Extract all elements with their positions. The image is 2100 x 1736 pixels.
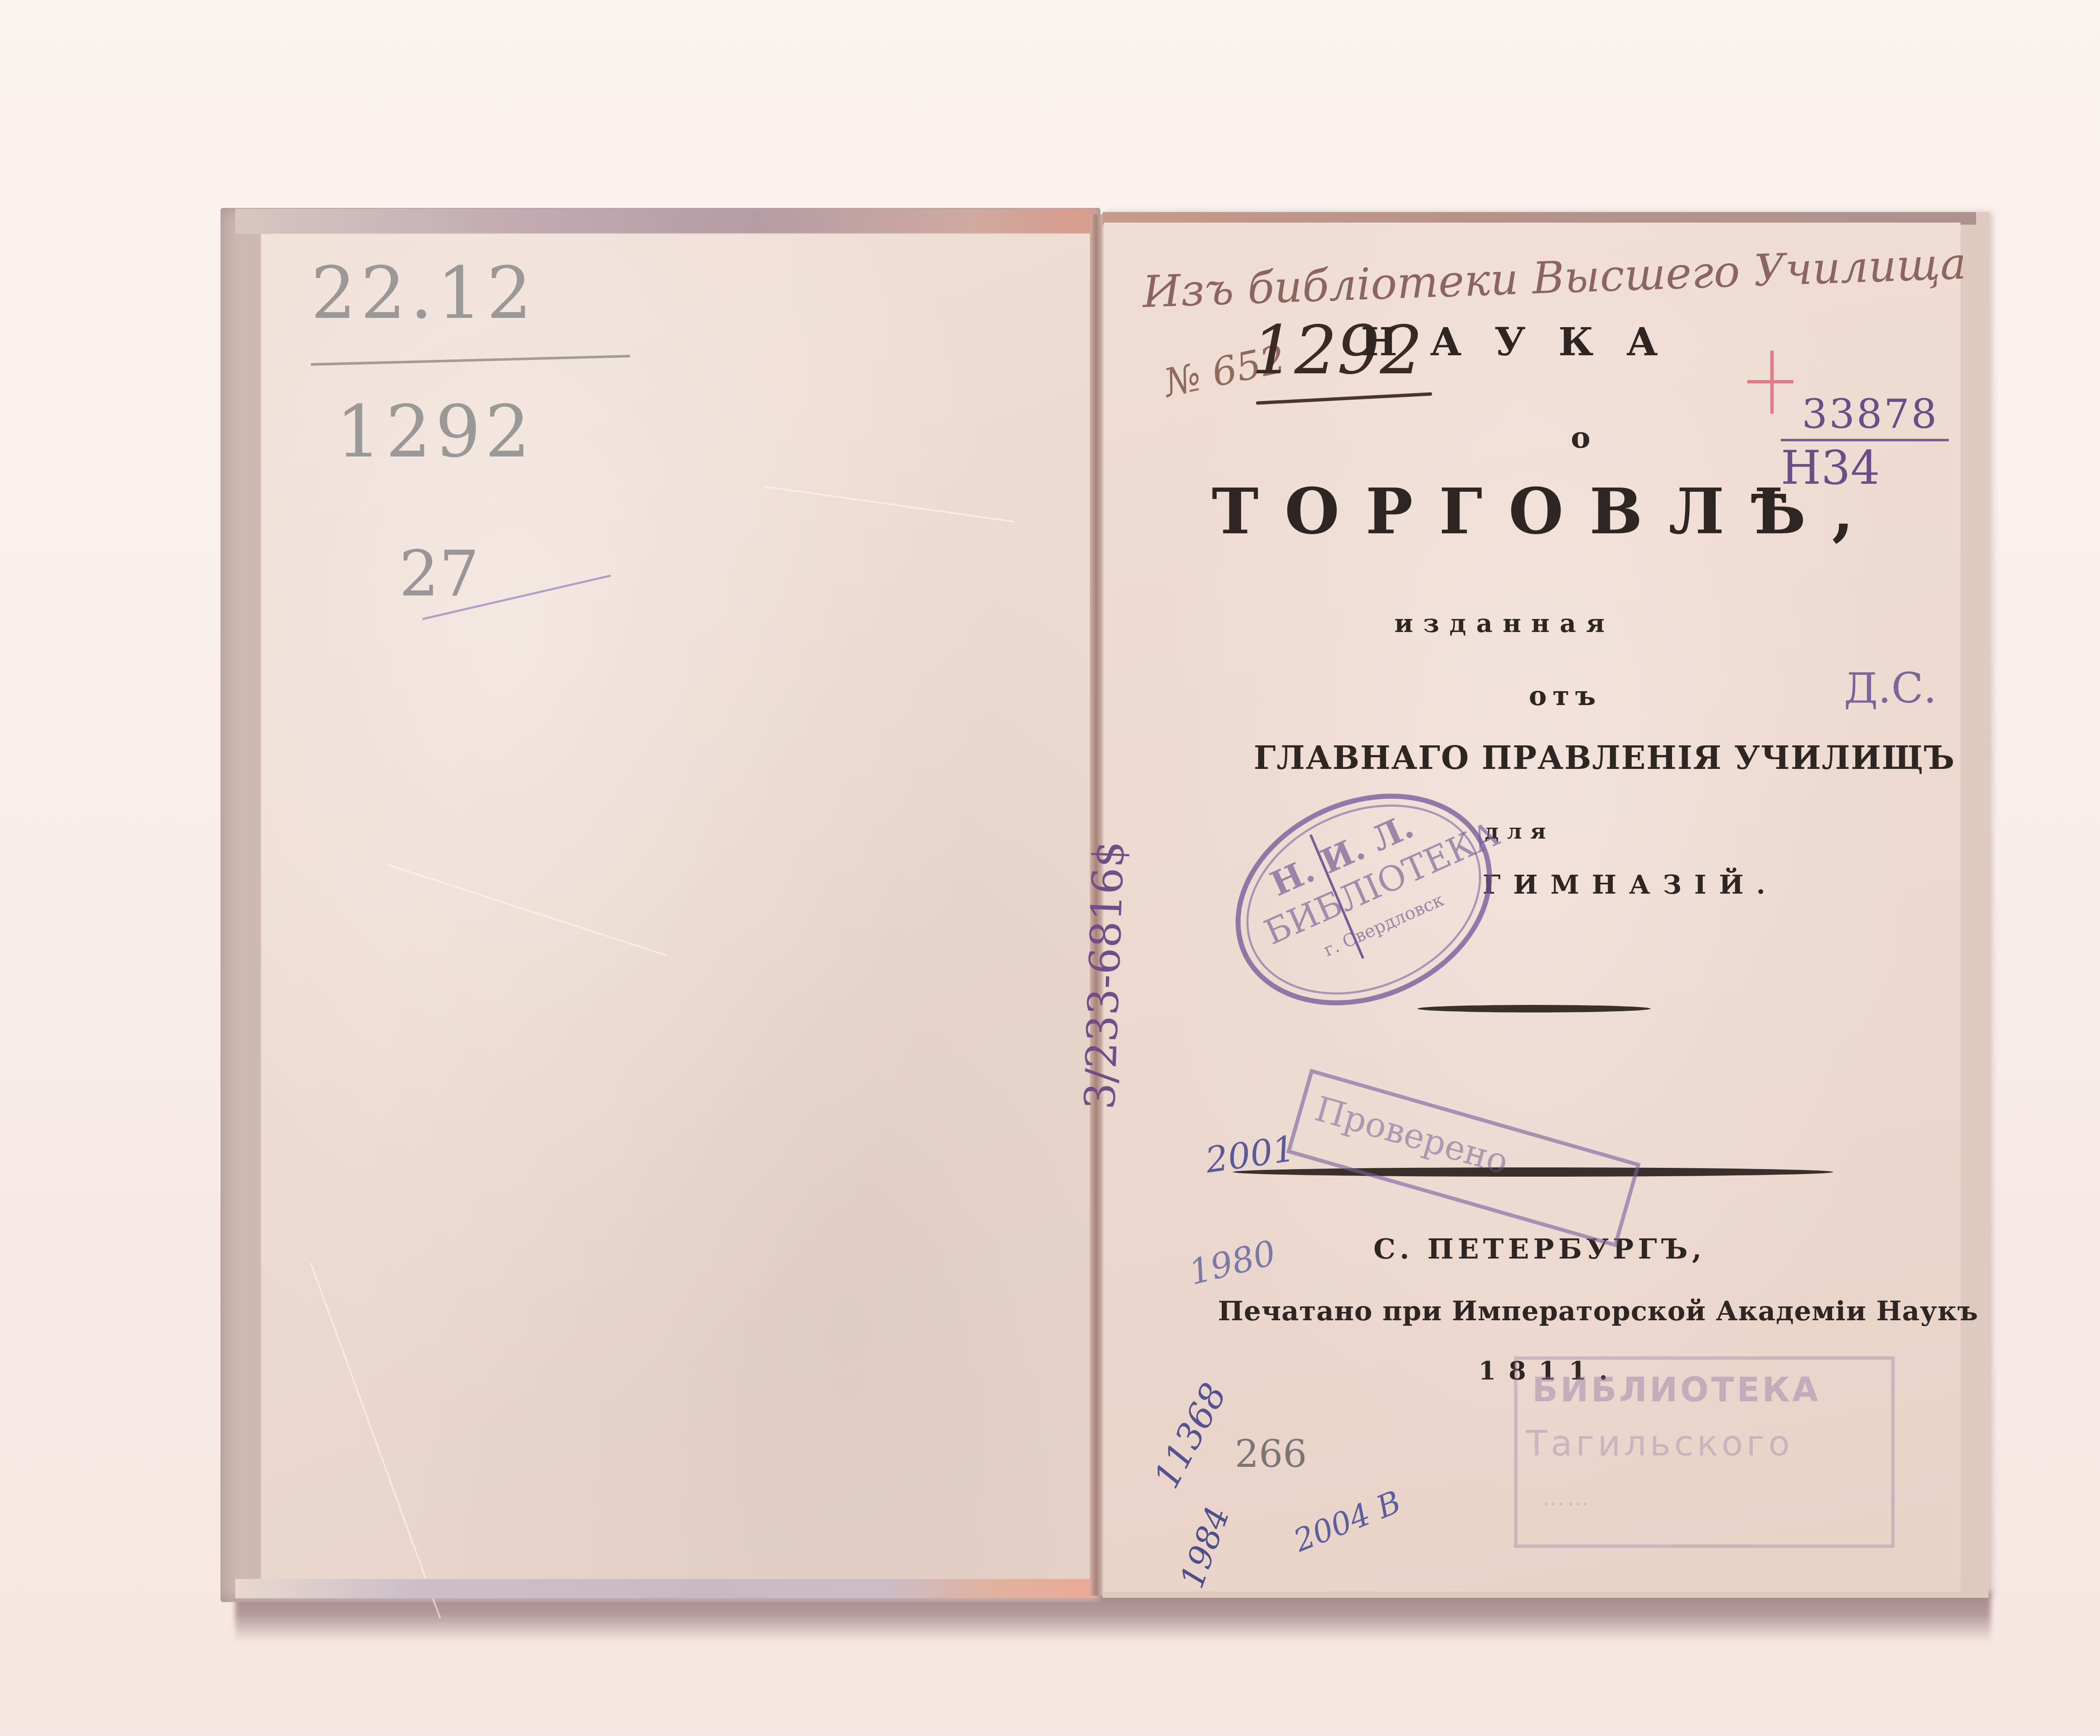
imprint-city: С. ПЕТЕРБУРГЪ,	[1373, 1233, 1706, 1265]
inventory-number: 33878	[1802, 391, 1938, 438]
paper-crease	[310, 1263, 441, 1618]
stamp-text: ……	[1543, 1486, 1591, 1511]
stamp-text: Тагильского	[1526, 1423, 1793, 1464]
imprint-printer: Печатано при Императорской Академіи Наук…	[1218, 1295, 1978, 1327]
ornamental-rule	[1417, 1005, 1651, 1012]
paper-crease	[765, 486, 1015, 522]
pencil-date-top: 22.12	[311, 252, 536, 335]
title-main: ТОРГОВЛѢ,	[1212, 475, 1880, 548]
tagil-library-stamp: БИБЛИОТЕКА Тагильского ……	[1514, 1356, 1895, 1548]
pencil-crossed-mark: 27	[399, 538, 479, 611]
vertical-call-number: 3/233-6816$	[1075, 840, 1134, 1110]
title-line-2: о	[1571, 420, 1591, 455]
initials: Д.С.	[1844, 663, 1937, 713]
paper-crease	[387, 864, 667, 956]
open-book: 22.12 1292 27 Изъ библіотеки Высшего Учи…	[0, 0, 2100, 1736]
title-line-5: отъ	[1529, 680, 1601, 712]
handwritten-number-266: 266	[1235, 1432, 1307, 1476]
stamp-text: БИБЛИОТЕКА	[1532, 1370, 1821, 1409]
publisher-line: ГЛАВНАГО ПРАВЛЕНІЯ УЧИЛИЩЪ	[1254, 739, 1956, 776]
red-cross-mark	[1747, 380, 1793, 383]
pencil-date-bottom: 1292	[336, 391, 535, 474]
title-line-8: ГИМНАЗІЙ.	[1483, 869, 1778, 900]
left-top-edge	[235, 209, 1096, 234]
title-line-1: НАУКА	[1361, 319, 1690, 365]
left-bottom-edge	[235, 1579, 1096, 1598]
title-line-4: изданная	[1394, 609, 1615, 638]
